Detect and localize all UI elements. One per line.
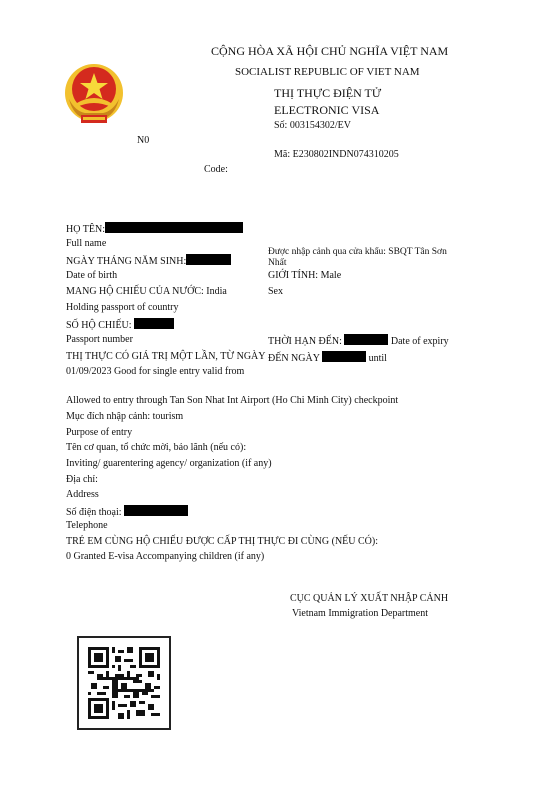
entry-port: Được nhập cảnh qua cửa khẩu: SBQT Tân Sơ… [268, 247, 458, 269]
expiry-label-en: Date of expiry [391, 336, 449, 347]
checkpoint-text: Allowed to entry through Tan Son Nhat In… [66, 395, 398, 406]
phone-en: Telephone [66, 520, 108, 531]
code-label: Code: [204, 164, 228, 175]
agency-vn: Tên cơ quan, tổ chức mời, bảo lãnh (nếu … [66, 442, 246, 453]
dob-label: NGÀY THÁNG NĂM SINH: [66, 256, 186, 267]
passport-field: SỐ HỘ CHIẾU: [66, 318, 174, 331]
passport-label: SỐ HỘ CHIẾU: [66, 320, 132, 331]
until-label-en: until [369, 353, 387, 364]
full-name-field: HỌ TÊN: [66, 222, 243, 235]
address-en: Address [66, 489, 99, 500]
phone-field: Số điện thoại: [66, 505, 188, 518]
until-label: ĐẾN NGÀY [268, 353, 320, 364]
country-name-en: SOCIALIST REPUBLIC OF VIET NAM [235, 66, 420, 78]
nationality-field: MANG HỘ CHIẾU CỦA NƯỚC: India [66, 286, 227, 297]
passport-redacted [134, 318, 174, 329]
validity-field: THỊ THỰC CÓ GIÁ TRỊ MỘT LẦN, TỪ NGÀY [66, 351, 266, 362]
authority-en: Vietnam Immigration Department [292, 608, 428, 619]
children-vn: TRẺ EM CÙNG HỘ CHIẾU ĐƯỢC CẤP THỊ THỰC Đ… [66, 536, 378, 547]
visa-title-en: ELECTRONIC VISA [274, 103, 379, 118]
dob-field: NGÀY THÁNG NĂM SINH: [66, 254, 231, 267]
agency-en: Inviting/ guarentering agency/ organizat… [66, 458, 272, 469]
purpose-en: Purpose of entry [66, 427, 132, 438]
nationality-label-en: Holding passport of country [66, 302, 179, 313]
purpose-vn: Mục đích nhập cảnh: tourism [66, 411, 183, 422]
passport-label-en: Passport number [66, 334, 133, 345]
phone-redacted [124, 505, 188, 516]
expiry-field: THỜI HẠN ĐẾN: Date of expiry [268, 334, 449, 347]
address-vn: Địa chỉ: [66, 474, 98, 485]
visa-title-vn: THỊ THỰC ĐIỆN TỬ [274, 86, 381, 101]
phone-label: Số điện thoại: [66, 507, 122, 518]
until-field: ĐẾN NGÀY until [268, 351, 387, 364]
full-name-label-en: Full name [66, 238, 106, 249]
validity-label-en: 01/09/2023 Good for single entry valid f… [66, 366, 244, 377]
full-name-label: HỌ TÊN: [66, 224, 105, 235]
full-name-redacted [105, 222, 243, 233]
children-en: 0 Granted E-visa Accompanying children (… [66, 551, 264, 562]
expiry-label: THỜI HẠN ĐẾN: [268, 336, 342, 347]
expiry-redacted [344, 334, 388, 345]
dob-redacted [186, 254, 231, 265]
dob-label-en: Date of birth [66, 270, 117, 281]
vietnam-national-emblem-icon [63, 63, 125, 129]
qr-code-frame [77, 636, 171, 730]
sex-field: GIỚI TÍNH: Male [268, 270, 341, 281]
until-redacted [322, 351, 366, 362]
visa-code-value: Mã: E230802INDN074310205 [274, 149, 399, 160]
n0-label: N0 [137, 135, 149, 146]
visa-number: Số: 003154302/EV [274, 120, 351, 131]
sex-label-en: Sex [268, 286, 283, 297]
authority-vn: CỤC QUẢN LÝ XUẤT NHẬP CẢNH [290, 593, 448, 604]
qr-code-icon [88, 647, 160, 719]
country-name-vn: CỘNG HÒA XÃ HỘI CHỦ NGHĨA VIỆT NAM [211, 44, 448, 59]
